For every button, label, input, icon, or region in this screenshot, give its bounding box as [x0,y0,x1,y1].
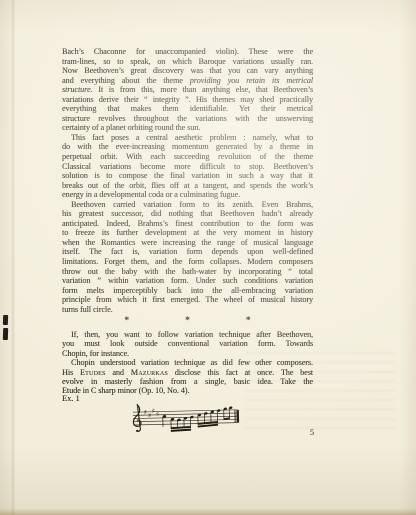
section-divider: * * * [62,316,313,327]
text-segment: variations derive their “ integrity ”. H… [62,95,313,104]
page-bottom-edge [0,508,416,515]
text-segment: and everything about the theme [62,76,190,85]
paragraph: This fact poses a central aesthetic prob… [62,133,313,200]
text-line: Bach’s Chaconne for unaccompanied violin… [62,47,313,57]
text-line: Beethoven carried variation form to its … [62,200,313,210]
text-segment: form melts imperceptibly back into the a… [62,286,313,295]
text-line: structure. It is from this, more than an… [62,85,313,95]
text-segment: It is from this, more than anything else… [93,85,313,94]
text-line: Now Beethoven’s great discovery was that… [62,66,313,76]
text-segment: variation ” within variation form. Under… [62,276,313,285]
example-label: Ex. 1 [62,394,80,403]
book-page: Bach’s Chaconne for unaccompanied violin… [0,0,416,515]
text-segment: limitations. Forget them, and the form c… [62,257,313,266]
text-line: and everything about the theme providing… [62,76,313,86]
text-segment: solution is to compose the final variati… [62,171,313,180]
asterisk-icon: * [124,316,129,327]
text-line: when the Romantics were increasing the r… [62,238,313,248]
paragraph: Chopin understood variation technique as… [62,358,313,396]
text-segment: Classical variations become more difficu… [62,162,313,171]
text-line: Classical variations become more difficu… [62,162,313,172]
svg-text:♯: ♯ [152,407,155,415]
text-segment: his greatest successor, did nothing that… [62,209,313,218]
text-segment: everything that makes them identifiable.… [62,104,313,113]
text-segment: evolve in masterly fashion from a single… [62,377,313,386]
text-segment: tram-lines, so to speak, on which Baroqu… [62,57,313,66]
text-line: tram-lines, so to speak, on which Baroqu… [62,57,313,67]
text-line: energy in a developmental coda or a culm… [62,190,313,200]
ink-mark [3,315,8,325]
text-line: anticipated. Indeed, Brahms’s finest con… [62,219,313,229]
text-segment: Now Beethoven’s great discovery was that… [62,66,313,75]
text-line: his greatest successor, did nothing that… [62,209,313,219]
paragraph: Bach’s Chaconne for unaccompanied violin… [62,47,313,133]
text-segment: perpetual orbit. With each succeeding re… [62,152,313,161]
body-text-block-1: Bach’s Chaconne for unaccompanied violin… [62,47,313,314]
text-segment: when the Romantics were increasing the r… [62,238,313,247]
text-line: This fact poses a central aesthetic prob… [62,133,313,143]
text-line: variation ” within variation form. Under… [62,276,313,286]
text-segment: structure. [62,85,93,94]
page-crease [11,0,15,515]
text-line: certainty of a planet orbiting round the… [62,123,313,133]
text-line: evolve in masterly fashion from a single… [62,377,313,386]
body-text-block-2: If, then, you want to follow variation t… [62,330,313,396]
text-line: solution is to compose the final variati… [62,171,313,181]
text-segment: you must look outside conventional varia… [62,339,313,348]
text-line: If, then, you want to follow variation t… [62,330,313,339]
text-line: do with the ever-increasing momentum gen… [62,142,313,152]
text-segment: If, then, you want to follow variation t… [71,330,313,339]
asterisk-icon: * [246,316,251,327]
asterisk-icon: * [185,316,190,327]
text-segment: energy in a developmental coda or a culm… [62,190,240,199]
text-line: variations derive their “ integrity ”. H… [62,95,313,105]
text-segment: itself. The fact is, variation form depe… [62,247,313,256]
paragraph: Beethoven carried variation form to its … [62,200,313,315]
text-segment: Bach’s Chaconne for unaccompanied violin… [62,47,313,56]
text-segment: principle from which it first emerged. T… [62,295,313,304]
text-segment: Etudes [80,368,106,377]
text-segment: certainty of a planet orbiting round the… [62,123,200,132]
music-staff: ♯ ♯ ♯ ♯ [133,402,240,433]
text-line: perpetual orbit. With each succeeding re… [62,152,313,162]
text-line: itself. The fact is, variation form depe… [62,247,313,257]
treble-clef-icon [133,404,141,432]
text-segment: This fact poses a central aesthetic prob… [71,133,313,142]
text-segment: Chopin, for instance. [62,349,129,358]
text-line: you must look outside conventional varia… [62,339,313,348]
text-line: Chopin understood variation technique as… [62,358,313,367]
text-line: principle from which it first emerged. T… [62,295,313,305]
text-segment: and [106,368,131,377]
text-line: breaks out of the orbit, flies off at a … [62,181,313,191]
text-line: Chopin, for instance. [62,349,313,358]
text-line: form melts imperceptibly back into the a… [62,286,313,296]
text-line: Etude in C sharp minor (Op. 10, No. 4). [62,386,313,395]
text-segment: structure revolves throughout the variat… [62,114,313,123]
text-segment: Etude in C sharp minor (Op. 10, No. 4). [62,386,189,395]
text-segment: Chopin understood variation technique as… [71,358,313,367]
text-segment: turns full circle. [62,305,113,314]
svg-text:♯: ♯ [156,410,159,418]
text-segment: disclose this fact at once. The best [168,368,313,377]
music-notation-excerpt-icon: ♯ ♯ ♯ ♯ [127,400,243,440]
text-line: structure revolves throughout the variat… [62,114,313,124]
paragraph: If, then, you want to follow variation t… [62,330,313,358]
text-line: turns full circle. [62,305,313,315]
text-segment: Mazurkas [131,368,168,377]
text-line: throw out the baby with the bath-water b… [62,267,313,277]
text-line: to freeze its further development at the… [62,228,313,238]
text-segment: to freeze its further development at the… [62,228,313,237]
final-double-barline [234,410,239,423]
text-line: His Etudes and Mazurkas disclose this fa… [62,368,313,377]
text-segment: breaks out of the orbit, flies off at a … [62,181,313,190]
ink-mark [3,328,8,340]
svg-text:♯: ♯ [144,408,147,416]
text-segment: Beethoven carried variation form to its … [71,200,313,209]
text-segment: providing you retain its metrical [190,76,313,85]
text-line: limitations. Forget them, and the form c… [62,257,313,267]
text-segment: anticipated. Indeed, Brahms’s finest con… [62,219,313,228]
svg-text:♯: ♯ [148,412,151,420]
text-segment: throw out the baby with the bath-water b… [62,267,313,276]
text-segment: do with the ever-increasing momentum gen… [62,142,313,151]
page-number: 5 [296,428,314,437]
text-segment: His [62,368,80,377]
text-line: everything that makes them identifiable.… [62,104,313,114]
